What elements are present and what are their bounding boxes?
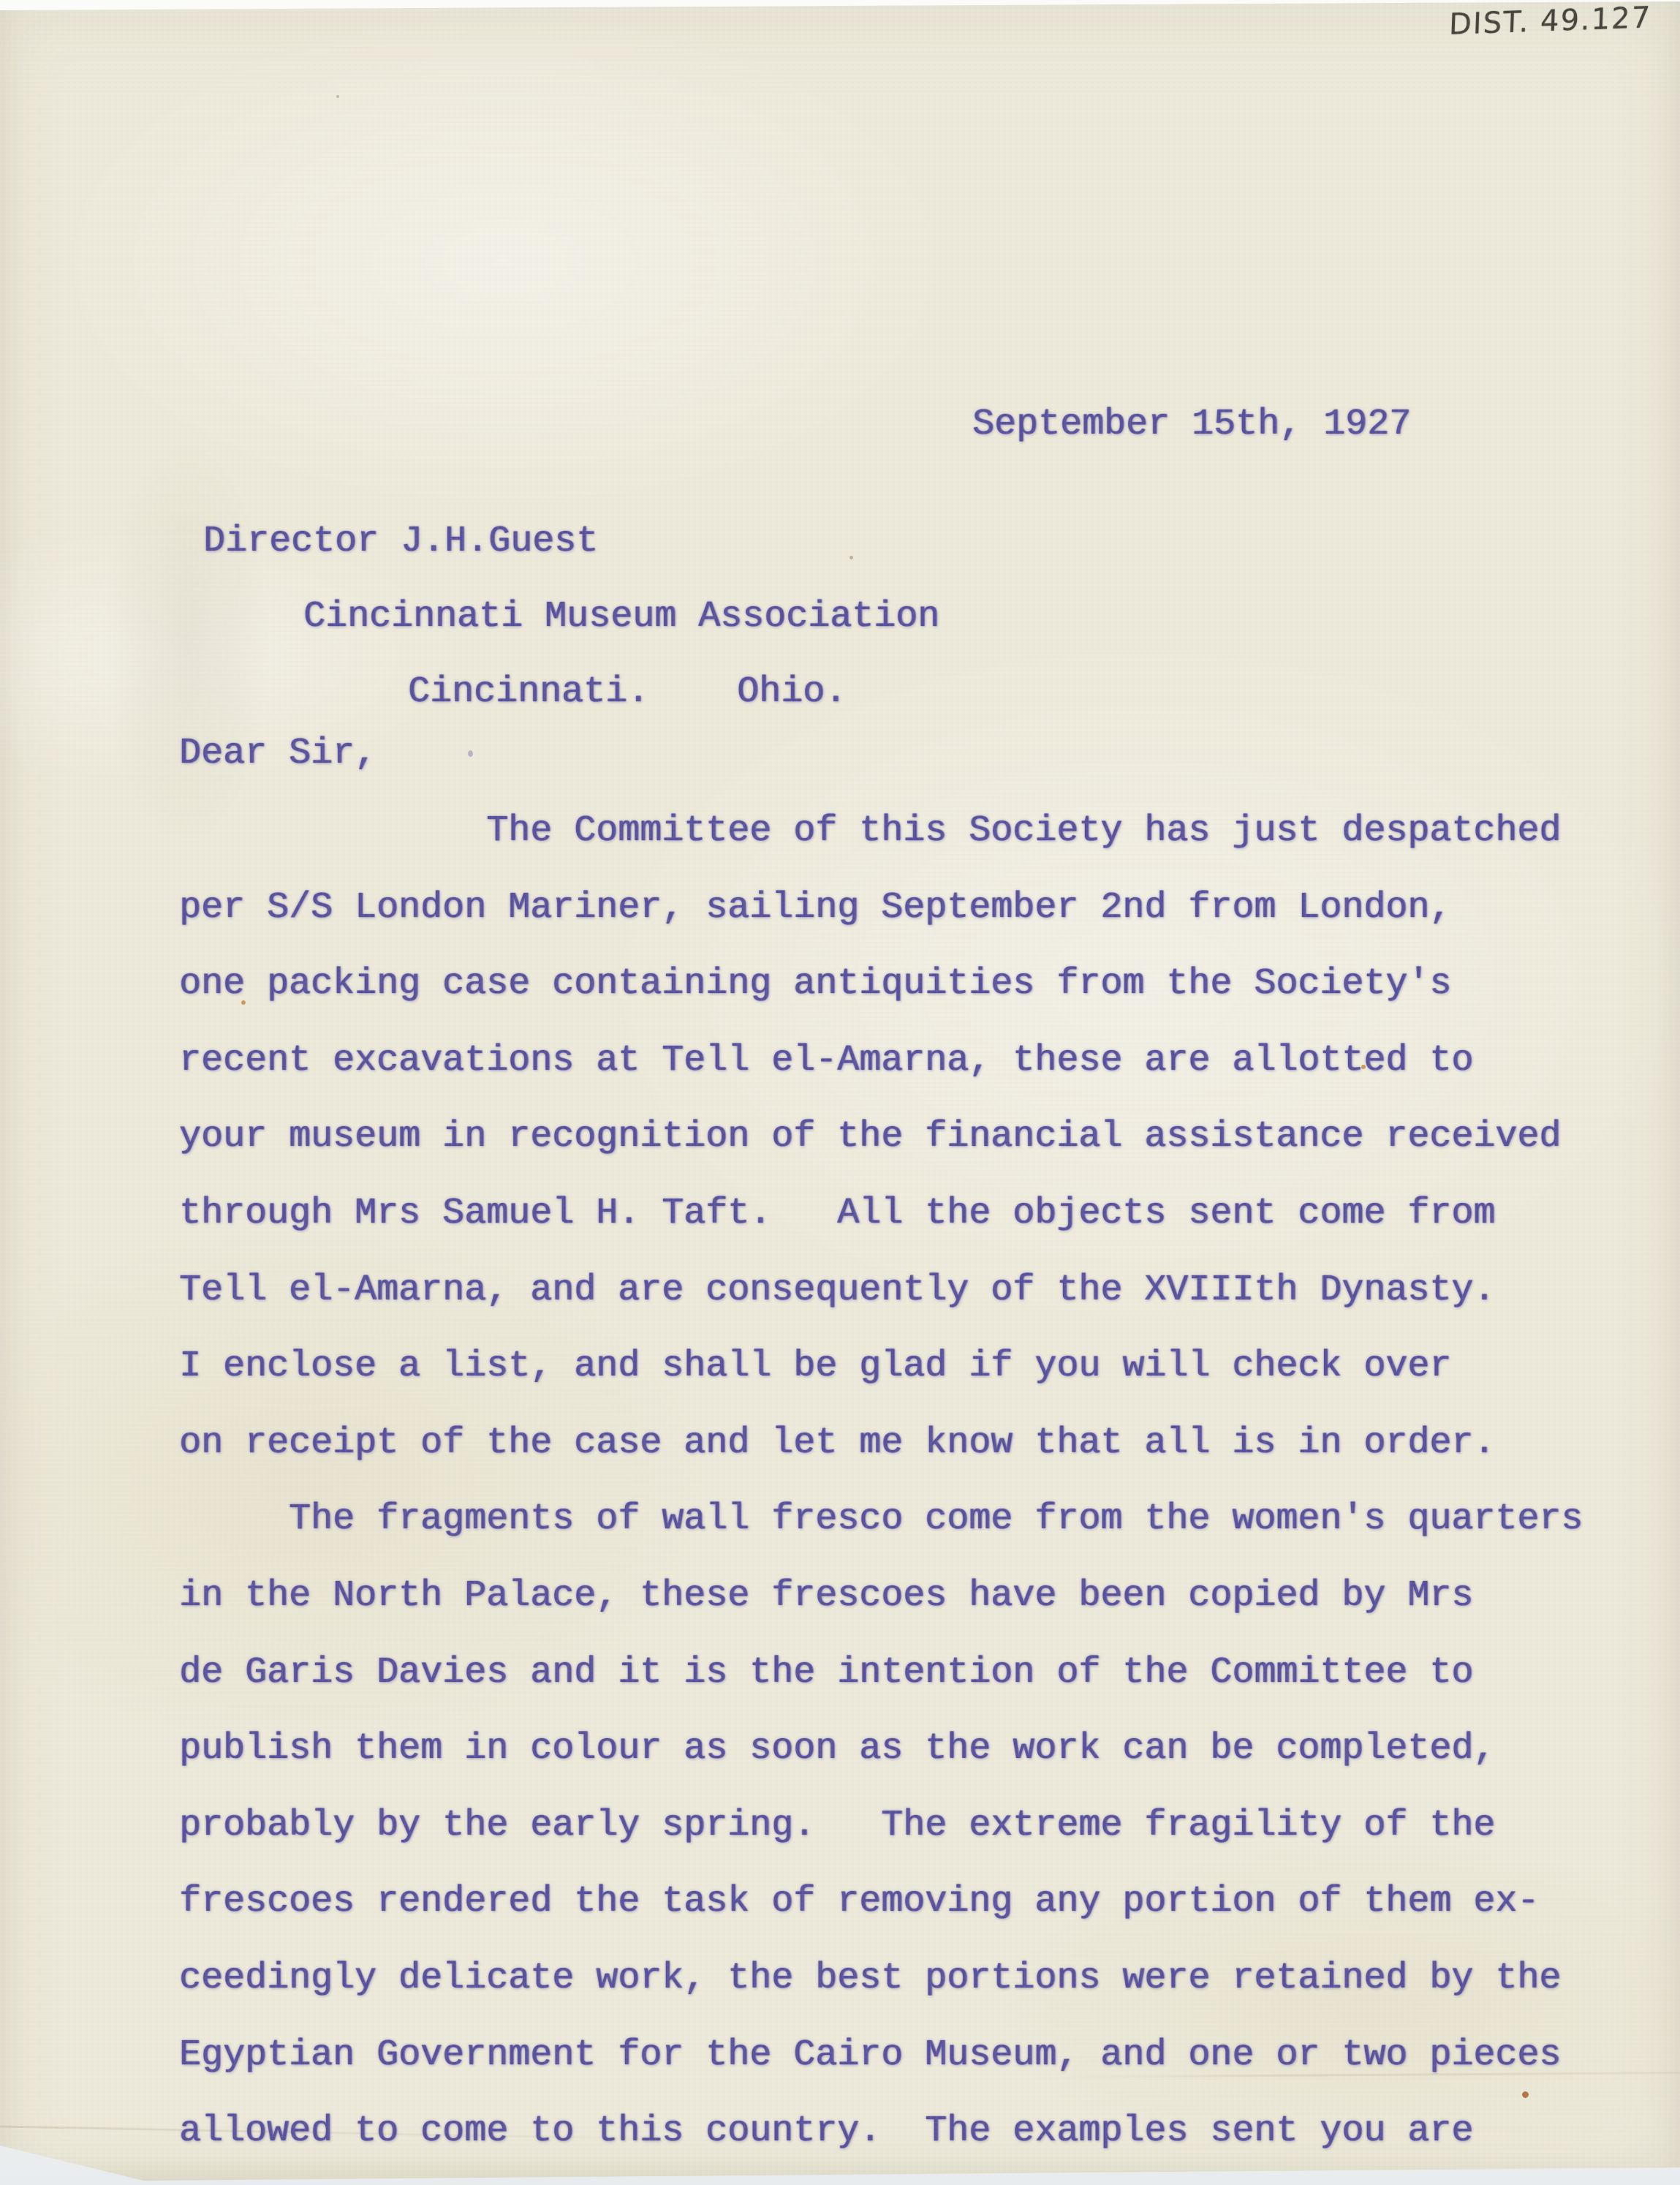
- letter-line: allowed to come to this country. The exa…: [179, 2094, 1583, 2170]
- recipient-name: Director J.H.Guest: [203, 521, 598, 563]
- foxing-speck: [1361, 1065, 1366, 1069]
- letter-line: The Committee of this Society has just d…: [179, 793, 1583, 870]
- paper-speck: [336, 95, 339, 98]
- paper-speck: [850, 556, 853, 559]
- letter-line: de Garis Davies and it is the intention …: [179, 1635, 1583, 1712]
- letter-date: September 15th, 1927: [972, 404, 1411, 446]
- foxing-speck: [1522, 2091, 1529, 2098]
- letter-line: through Mrs Samuel H. Taft. All the obje…: [179, 1176, 1583, 1253]
- ink-speck: [468, 750, 473, 757]
- letter-line: probably by the early spring. The extrem…: [179, 1788, 1583, 1865]
- paper-fold-line: [0, 2125, 877, 2144]
- archival-number-handwritten: DIST. 49.127: [1448, 1, 1652, 42]
- salutation: Dear Sir,: [179, 733, 377, 775]
- foxing-speck: [241, 1000, 246, 1005]
- paper-crease: [102, 439, 270, 848]
- letter-line: ceedingly delicate work, the best portio…: [179, 1941, 1583, 2018]
- recipient-city: Cincinnati. Ohio.: [408, 671, 847, 714]
- letter-line: I enclose a list, and shall be glad if y…: [179, 1329, 1583, 1405]
- letter-line: your museum in recognition of the financ…: [179, 1099, 1583, 1176]
- scanned-letter: DIST. 49.127 September 15th, 1927 Direct…: [0, 0, 1680, 2185]
- letter-body: The Committee of this Society has just d…: [179, 793, 1583, 2170]
- letter-line: frescoes rendered the task of removing a…: [179, 1864, 1583, 1941]
- letter-line: on receipt of the case and let me know t…: [179, 1405, 1583, 1482]
- letter-line: recent excavations at Tell el-Amarna, th…: [179, 1023, 1583, 1100]
- letter-line: in the North Palace, these frescoes have…: [179, 1558, 1583, 1635]
- paper-fold-line: [1045, 2072, 1680, 2078]
- letter-line: one packing case containing antiquities …: [179, 946, 1583, 1023]
- letter-line: publish them in colour as soon as the wo…: [179, 1711, 1583, 1788]
- letter-line: Egyptian Government for the Cairo Museum…: [179, 2018, 1583, 2094]
- recipient-organization: Cincinnati Museum Association: [303, 596, 939, 638]
- letter-line: The fragments of wall fresco come from t…: [179, 1482, 1583, 1558]
- letter-line: Tell el-Amarna, and are consequently of …: [179, 1253, 1583, 1329]
- letter-line: per S/S London Mariner, sailing Septembe…: [179, 870, 1583, 947]
- letter-paper: DIST. 49.127 September 15th, 1927 Direct…: [0, 0, 1680, 2185]
